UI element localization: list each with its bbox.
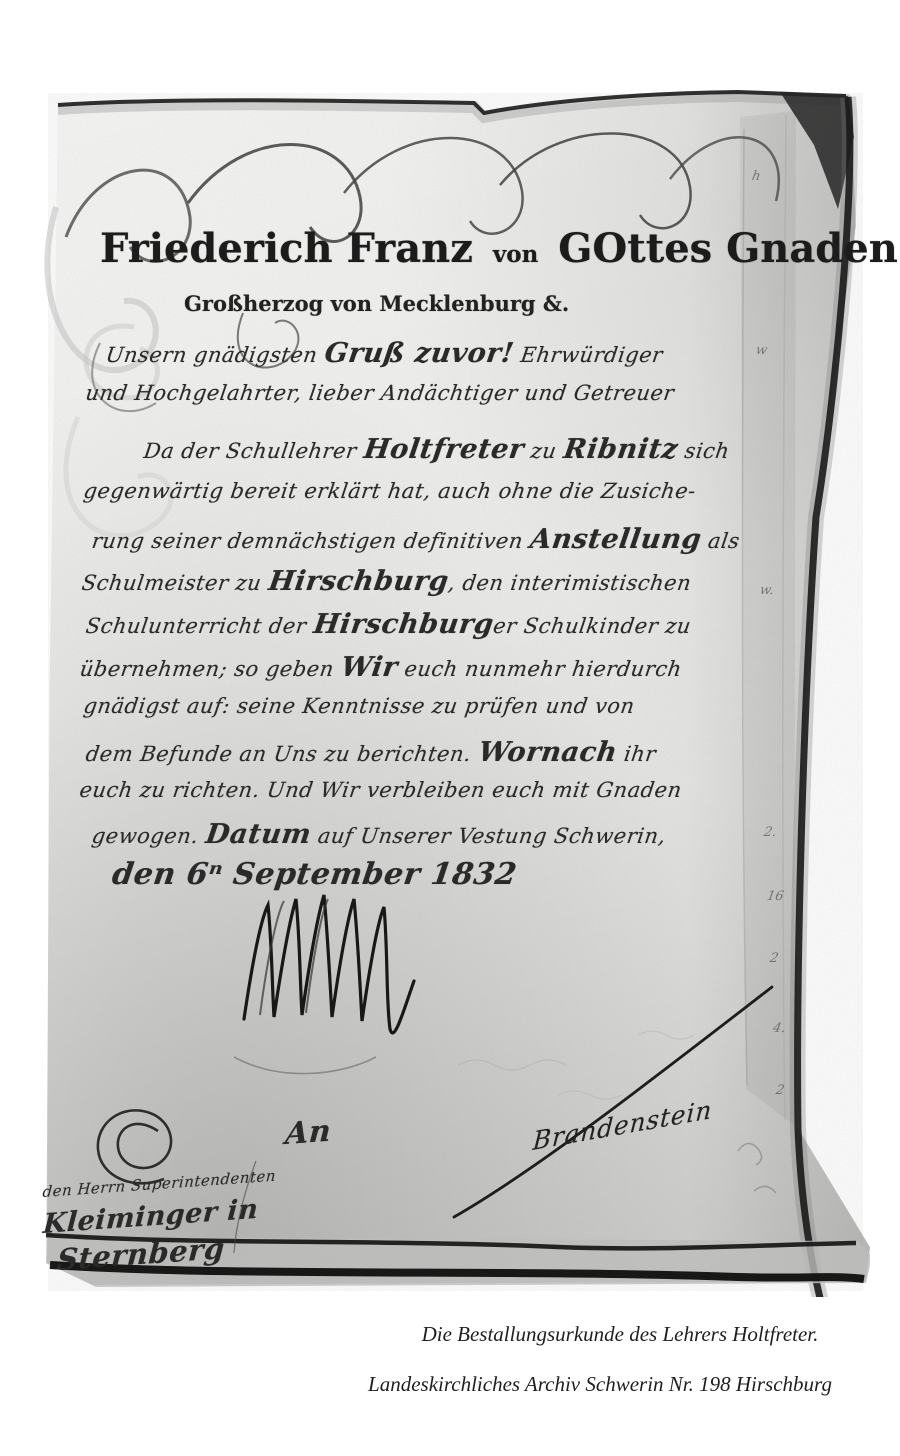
body-line: übernehmen; so geben Wir euch nunmehr hi…	[78, 651, 684, 683]
body-line: und Hochgelahrter, lieber Andächtiger un…	[84, 381, 676, 405]
title-part2: von	[487, 241, 544, 268]
marginalia-fragment: w.	[759, 583, 775, 598]
address-line-an: An	[284, 1114, 332, 1152]
document-photo: Friederich Franz von GOttes Gnaden Großh…	[38, 85, 870, 1297]
marginalia-fragment: 16	[766, 889, 785, 904]
document-subtitle: Großherzog von Mecklenburg &.	[184, 291, 569, 316]
flourish-ornament	[47, 133, 778, 535]
title-part3: GOttes Gnaden	[558, 225, 898, 272]
body-line: Schulunterricht der Hirschburger Schulki…	[84, 608, 694, 640]
body-line: gewogen. Datum auf Unserer Vestung Schwe…	[90, 818, 668, 850]
address-spiral-flourish	[98, 1110, 171, 1183]
book-page: Friederich Franz von GOttes Gnaden Großh…	[0, 0, 900, 1456]
marginalia-fragment: 4.	[772, 1021, 787, 1036]
body-line: gegenwärtig bereit erklärt hat, auch ohn…	[82, 479, 698, 503]
body-line: Schulmeister zu Hirschburg, den interimi…	[80, 565, 694, 597]
pen-sweep-stroke	[454, 987, 772, 1217]
royal-signature-scribble	[234, 895, 414, 1074]
marginalia-fragment: 2.	[763, 825, 778, 840]
body-line: gnädigst auf: seine Kenntnisse zu prüfen…	[82, 694, 636, 718]
document-title: Friederich Franz von GOttes Gnaden	[100, 225, 840, 272]
caption-line-1: Die Bestallungsurkunde des Lehrers Holtf…	[370, 1322, 870, 1347]
title-part1: Friederich Franz	[100, 225, 473, 272]
body-line: rung seiner demnächstigen definitiven An…	[90, 523, 742, 555]
caption-line-2: Landeskirchliches Archiv Schwerin Nr. 19…	[350, 1372, 850, 1397]
body-line: euch zu richten. Und Wir verbleiben euch…	[78, 778, 683, 802]
body-line: dem Befunde an Uns zu berichten. Wornach…	[84, 736, 659, 768]
date-line: den 6ⁿ September 1832	[110, 857, 519, 892]
body-line: Da der Schullehrer Holtfreter zu Ribnitz…	[142, 433, 732, 465]
body-line: Unsern gnädigsten Gruß zuvor! Ehrwürdige…	[104, 337, 665, 369]
